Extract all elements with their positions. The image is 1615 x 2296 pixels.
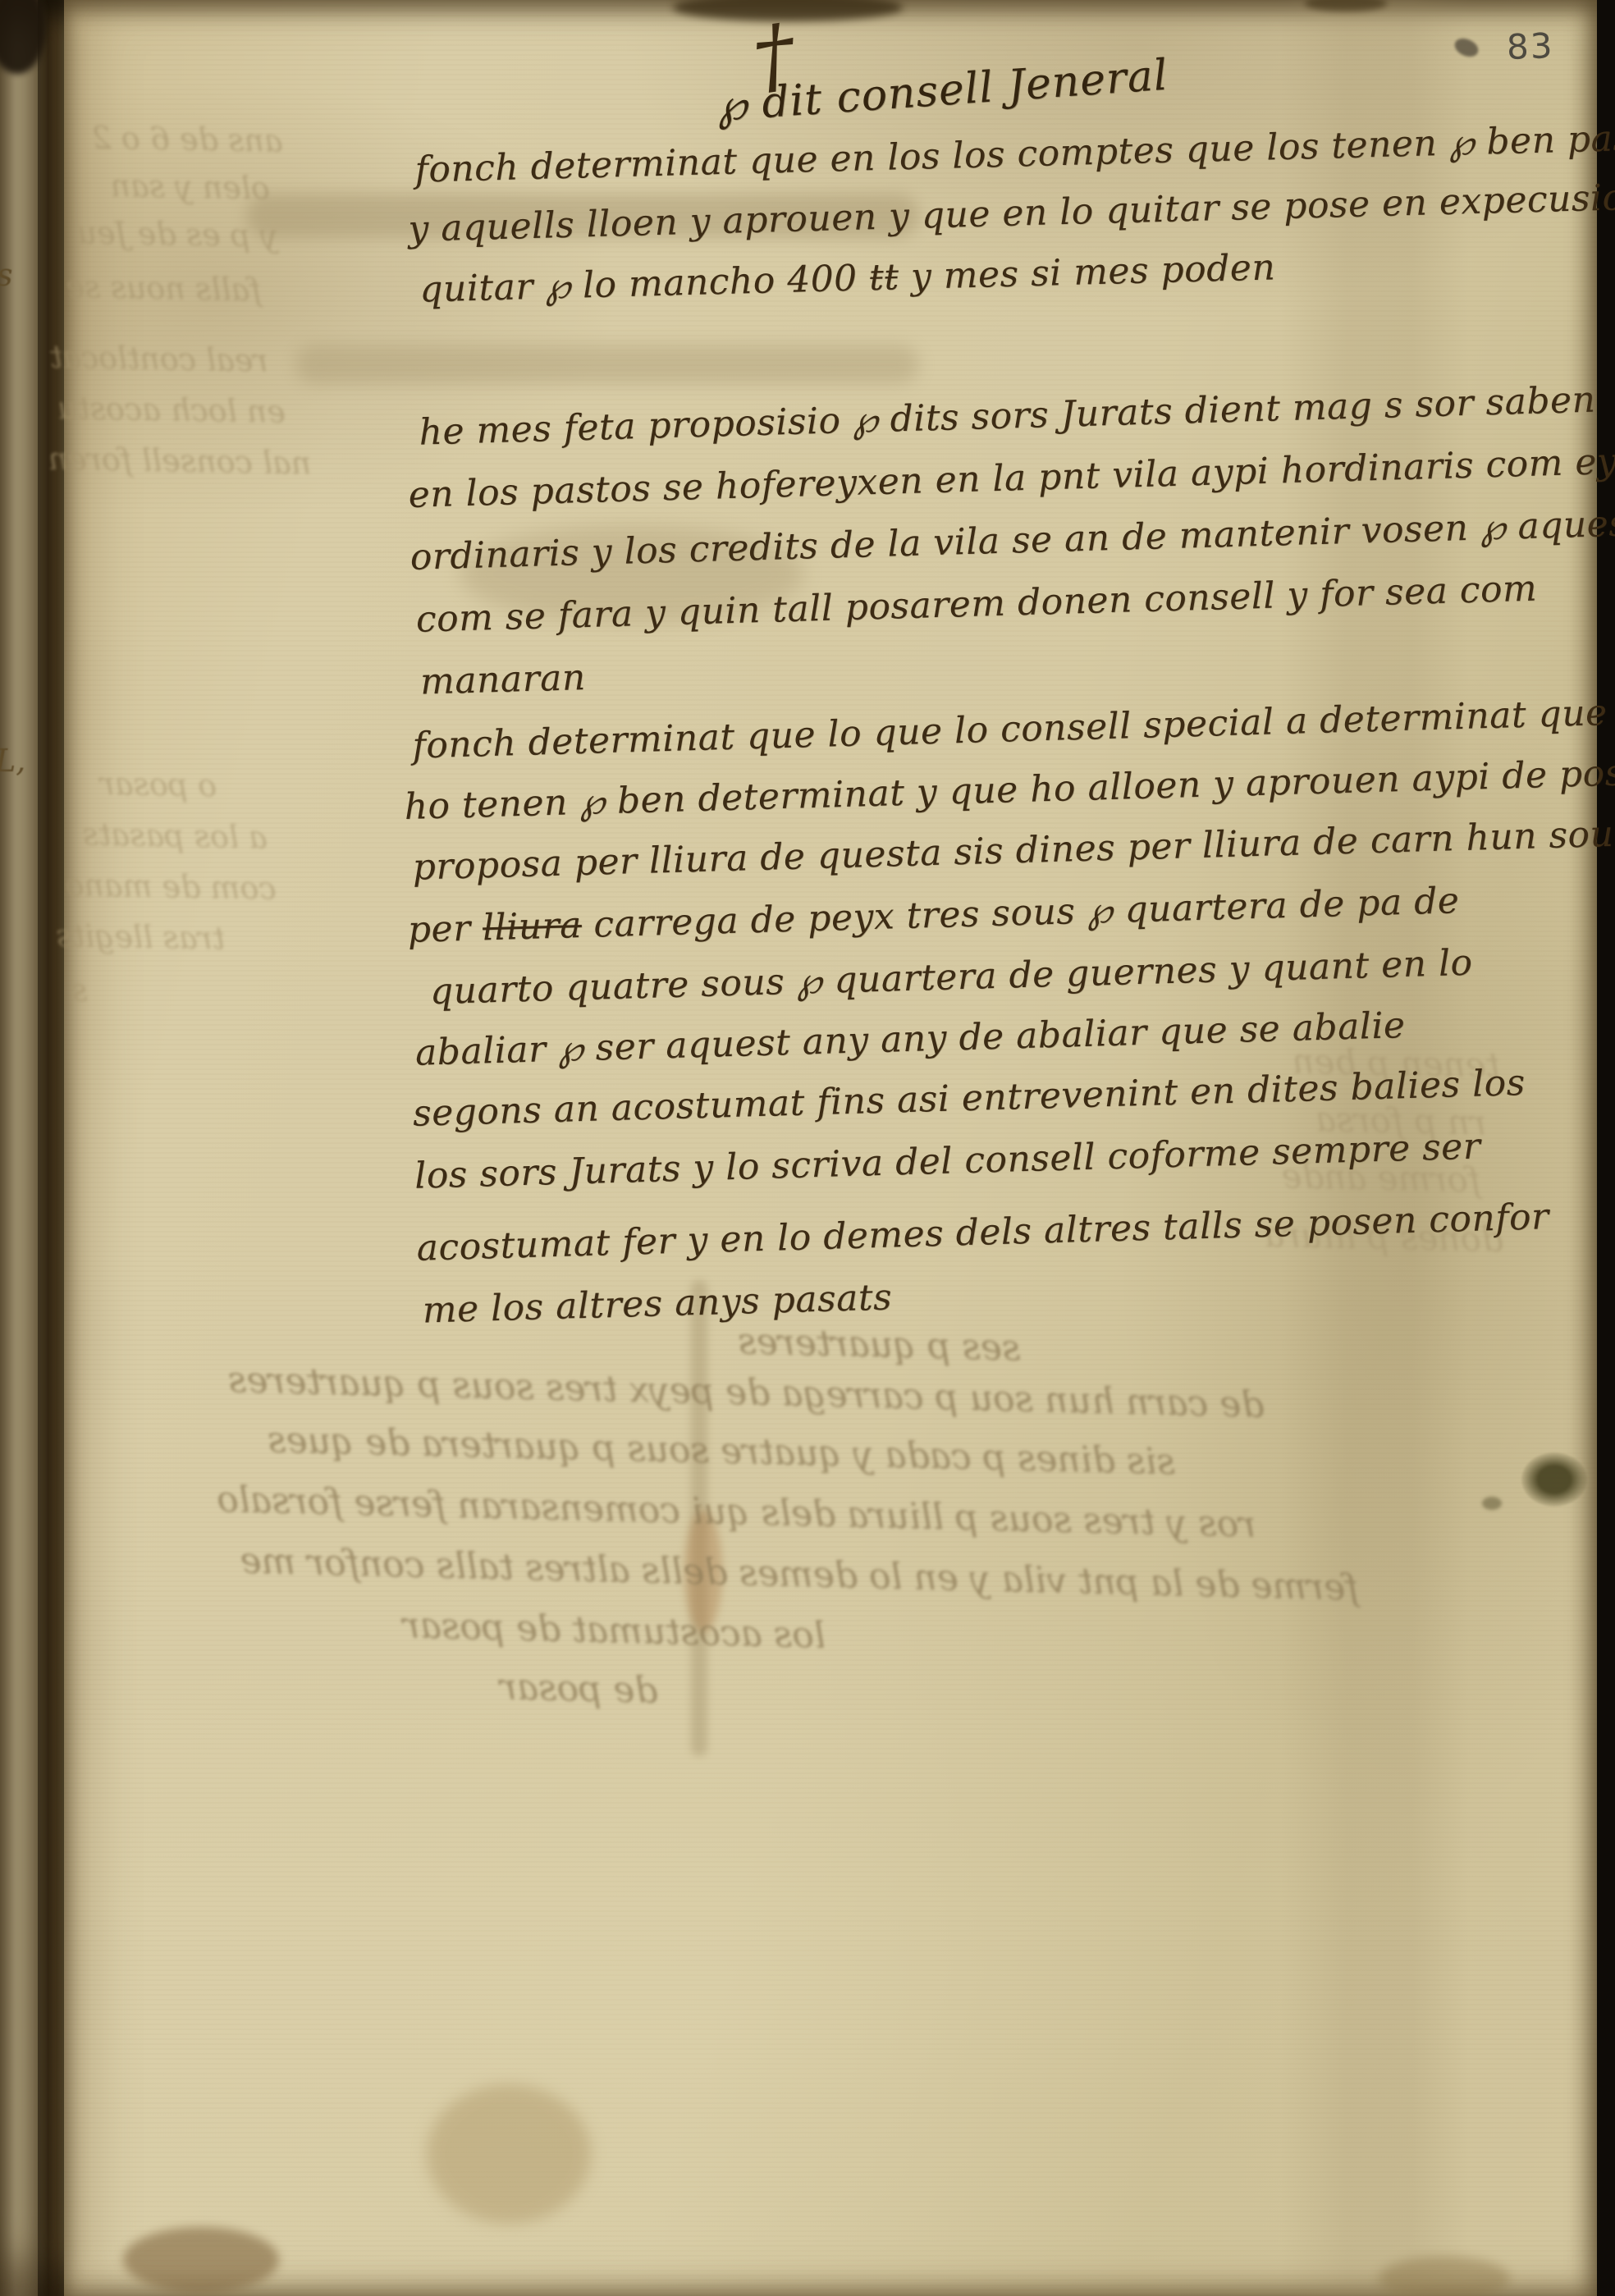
edge-mark: L,: [0, 745, 25, 776]
text-line: manaran: [419, 660, 586, 701]
bleedthrough-line: y p es de Jeu: [76, 217, 278, 252]
bleedthrough-line: olen y san: [110, 170, 270, 204]
bleedthrough-line: de posar: [499, 1669, 658, 1709]
bleedthrough-line: o posar: [99, 768, 217, 801]
bleedthrough-line: a los pasats: [82, 819, 268, 853]
text-segment: per: [407, 907, 483, 951]
bleedthrough-line: com de mano: [65, 869, 277, 903]
bleedthrough-line: falls nous se: [66, 271, 262, 305]
manuscript-scan: { "document": { "folio_number": "83", "c…: [0, 0, 1615, 2296]
struck-word: lliura: [482, 904, 582, 949]
facing-page-edge: [0, 0, 38, 2296]
edge-mark: s: [0, 259, 13, 290]
bleedthrough-line: los acostumat de posar: [402, 1608, 826, 1655]
bleedthrough-line: tras llegits: [56, 920, 225, 954]
folio-number: 83: [1506, 29, 1554, 65]
bleedthrough-line: en loch acostu: [57, 392, 286, 428]
bleedthrough-line: ses p quarteres: [738, 1324, 1021, 1366]
bleedthrough-line: s: [71, 974, 88, 1005]
bleedthrough-line: real contlocat: [50, 341, 268, 377]
bleedthrough-line: nal consell foren: [48, 443, 311, 479]
bleedthrough-line: ans de 6 o 2: [91, 122, 283, 157]
